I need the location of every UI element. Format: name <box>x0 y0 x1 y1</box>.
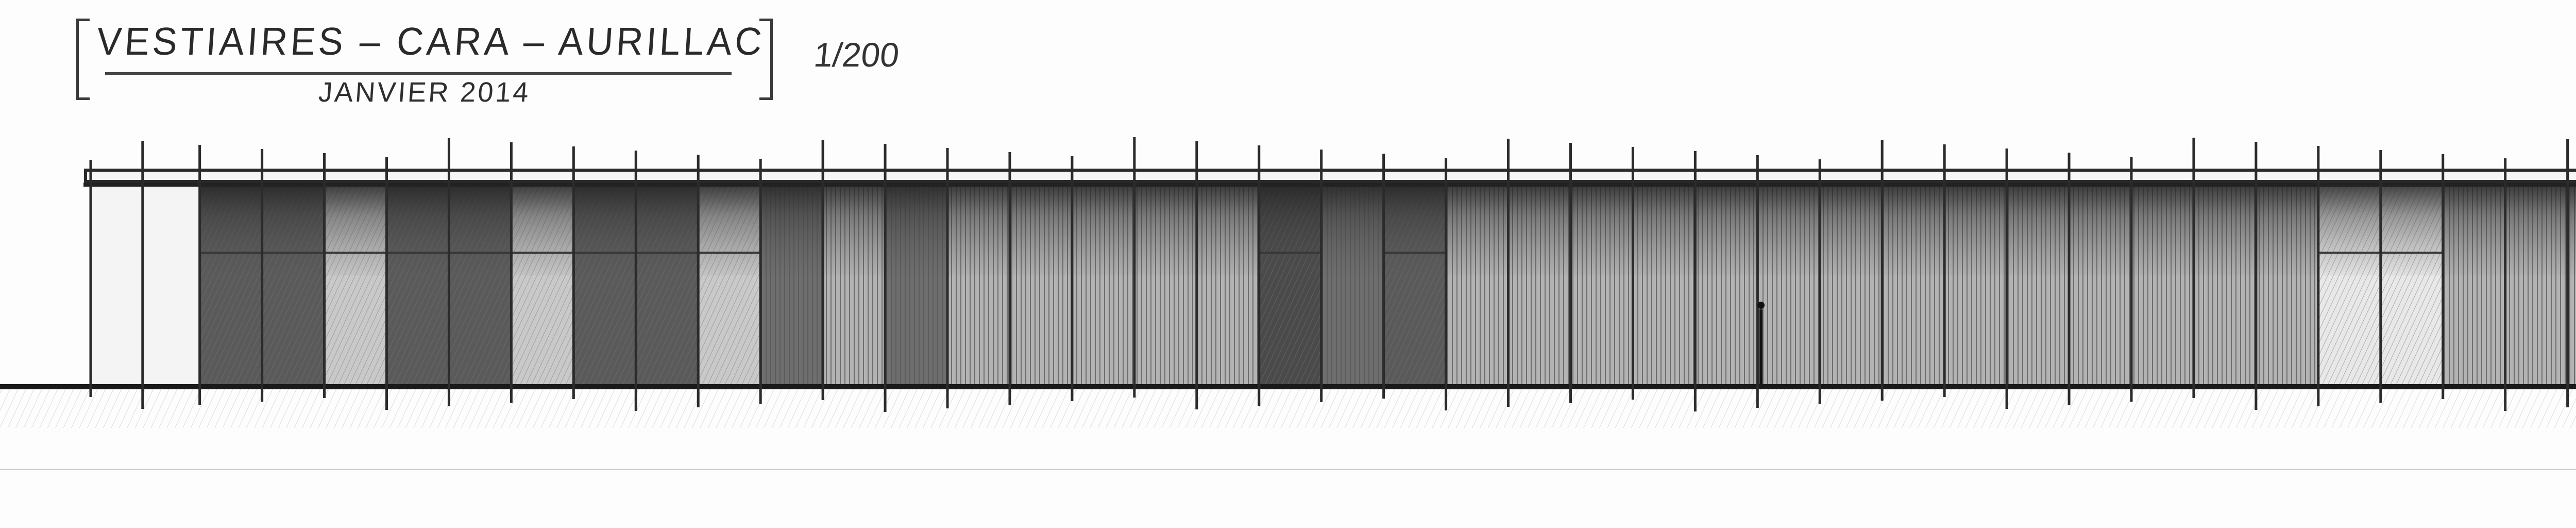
building-elevation <box>0 0 2576 528</box>
facade-bay-glazed-dark <box>200 185 262 387</box>
facade-bay-slatted <box>2256 185 2318 387</box>
facade-bay-slatted <box>1820 185 1882 387</box>
facade-bay-slatted <box>823 185 885 387</box>
facade-bay-glazed-light <box>698 185 760 387</box>
facade-bay-glazed-dark <box>449 185 511 387</box>
facade-bay-slatted-dark <box>760 185 823 387</box>
facade-bay-glazed-dark <box>573 185 636 387</box>
facade-bay-slatted-dark <box>885 185 947 387</box>
facade-bay-slatted <box>1072 185 1134 387</box>
drawing-sheet: VESTIAIRES – CARA – AURILLAC JANVIER 201… <box>0 0 2576 528</box>
facade-bay-slatted <box>1633 185 1695 387</box>
facade-bay-slatted <box>2131 185 2194 387</box>
facade-bay-slatted <box>1134 185 1197 387</box>
facade-bay-door-dark <box>1259 185 1321 387</box>
facade-bay-slatted <box>1197 185 1259 387</box>
facade-bay-slatted <box>947 185 1010 387</box>
facade-bay-slatted <box>1757 185 1820 387</box>
facade-bay-glazed-dark <box>1384 185 1446 387</box>
facade-bay-slatted <box>1010 185 1072 387</box>
facade-bay-door-light <box>2318 185 2381 387</box>
facade-bay-slatted <box>1509 185 1571 387</box>
facade-bay-glazed-dark <box>262 185 325 387</box>
facade-bay-open-light <box>91 185 143 387</box>
facade-bay-door-light <box>2381 185 2443 387</box>
facade-bay-open-light <box>143 185 200 387</box>
facade-bay-slatted <box>1695 185 1757 387</box>
facade-bay-slatted <box>2505 185 2568 387</box>
facade-bay-slatted <box>2443 185 2505 387</box>
facade-bay-slatted <box>1570 185 1633 387</box>
facade-bay-glazed-light <box>511 185 573 387</box>
facade-bay-glazed-dark <box>386 185 449 387</box>
facade-bays <box>91 185 2576 387</box>
facade-bay-glazed-light <box>325 185 387 387</box>
facade-bay-glazed-dark <box>636 185 698 387</box>
facade-bay-slatted <box>2007 185 2069 387</box>
facade-bay-slatted <box>1882 185 1944 387</box>
facade-bay-slatted <box>1446 185 1509 387</box>
facade-bay-slatted-dark <box>1321 185 1384 387</box>
facade-bay-slatted <box>2069 185 2131 387</box>
facade-bay-slatted <box>2194 185 2256 387</box>
facade-bay-slatted <box>1944 185 2007 387</box>
